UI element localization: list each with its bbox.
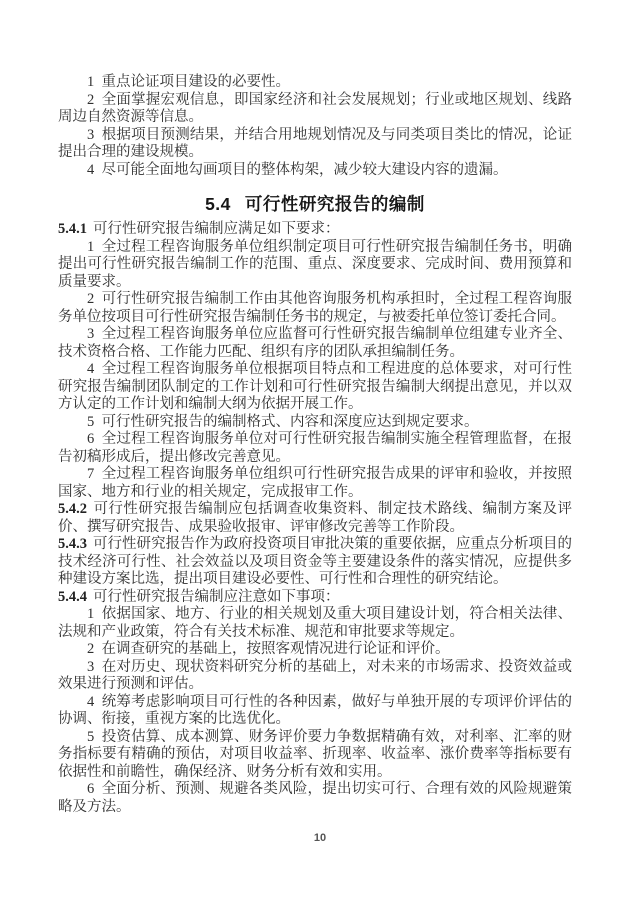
clause-paragraph-5-4-4: 5.4.4可行性研究报告编制应注意如下事项： bbox=[58, 589, 572, 607]
clause-text: 可行性研究报告编制应注意如下事项： bbox=[93, 589, 340, 605]
list-item: 4 尽可能全面地勾画项目的整体构架，减少较大建设内容的遗漏。 bbox=[58, 162, 572, 180]
list-item: 4 全过程工程咨询服务单位根据项目特点和工程进度的总体要求，对可行性研究报告编制… bbox=[58, 361, 572, 414]
section-number: 5.4 bbox=[205, 194, 231, 214]
list-item: 1 重点论证项目建设的必要性。 bbox=[58, 74, 572, 92]
page-number: 10 bbox=[0, 832, 640, 844]
clause-number: 5.4.4 bbox=[58, 589, 87, 605]
clause-text: 可行性研究报告编制应满足如下要求： bbox=[93, 221, 340, 237]
list-item: 3 在对历史、现状资料研究分析的基础上，对未来的市场需求、投资效益或效果进行预测… bbox=[58, 659, 572, 694]
section-heading: 5.4可行性研究报告的编制 bbox=[58, 192, 572, 216]
clause-number: 5.4.3 bbox=[58, 536, 87, 552]
list-item: 3 根据项目预测结果，并结合用地规划情况及与同类项目类比的情况，论证提出合理的建… bbox=[58, 127, 572, 162]
list-item: 3 全过程工程咨询服务单位应监督可行性研究报告编制单位组建专业齐全、技术资格合格… bbox=[58, 326, 572, 361]
list-item: 1 依据国家、地方、行业的相关规划及重大项目建设计划，符合相关法律、法规和产业政… bbox=[58, 606, 572, 641]
list-item: 4 统筹考虑影响项目可行性的各种因素，做好与单独开展的专项评价评估的协调、衔接，… bbox=[58, 694, 572, 729]
list-item: 2 可行性研究报告编制工作由其他咨询服务机构承担时，全过程工程咨询服务单位按项目… bbox=[58, 291, 572, 326]
list-item: 5 可行性研究报告的编制格式、内容和深度应达到规定要求。 bbox=[58, 414, 572, 432]
list-item: 1 全过程工程咨询服务单位组织制定项目可行性研究报告编制任务书，明确提出可行性研… bbox=[58, 239, 572, 292]
clause-paragraph-5-4-1: 5.4.1可行性研究报告编制应满足如下要求： bbox=[58, 221, 572, 239]
list-item: 6 全过程工程咨询服务单位对可行性研究报告编制实施全程管理监督，在报告初稿形成后… bbox=[58, 431, 572, 466]
clause-paragraph-5-4-3: 5.4.3可行性研究报告作为政府投资项目审批决策的重要依据，应重点分析项目的技术… bbox=[58, 536, 572, 589]
page-body-text: 1 重点论证项目建设的必要性。 2 全面掌握宏观信息，即国家经济和社会发展规划；… bbox=[58, 74, 572, 816]
list-item: 2 全面掌握宏观信息，即国家经济和社会发展规划；行业或地区规划、线路周边自然资源… bbox=[58, 92, 572, 127]
list-item: 5 投资估算、成本测算、财务评价要力争数据精确有效，对利率、汇率的财务指标要有精… bbox=[58, 729, 572, 782]
clause-text: 可行性研究报告作为政府投资项目审批决策的重要依据，应重点分析项目的技术经济可行性… bbox=[58, 536, 572, 587]
section-title: 可行性研究报告的编制 bbox=[245, 194, 425, 214]
clause-paragraph-5-4-2: 5.4.2可行性研究报告编制应包括调查收集资料、制定技术路线、编制方案及评价、撰… bbox=[58, 501, 572, 536]
clause-number: 5.4.1 bbox=[58, 221, 87, 237]
list-item: 2 在调查研究的基础上，按照客观情况进行论证和评价。 bbox=[58, 641, 572, 659]
clause-number: 5.4.2 bbox=[58, 501, 87, 517]
document-page: 1 重点论证项目建设的必要性。 2 全面掌握宏观信息，即国家经济和社会发展规划；… bbox=[0, 0, 640, 905]
list-item: 6 全面分析、预测、规避各类风险，提出切实可行、合理有效的风险规避策略及方法。 bbox=[58, 781, 572, 816]
clause-text: 可行性研究报告编制应包括调查收集资料、制定技术路线、编制方案及评价、撰写研究报告… bbox=[58, 501, 572, 535]
list-item: 7 全过程工程咨询服务单位组织可行性研究报告成果的评审和验收，并按照国家、地方和… bbox=[58, 466, 572, 501]
